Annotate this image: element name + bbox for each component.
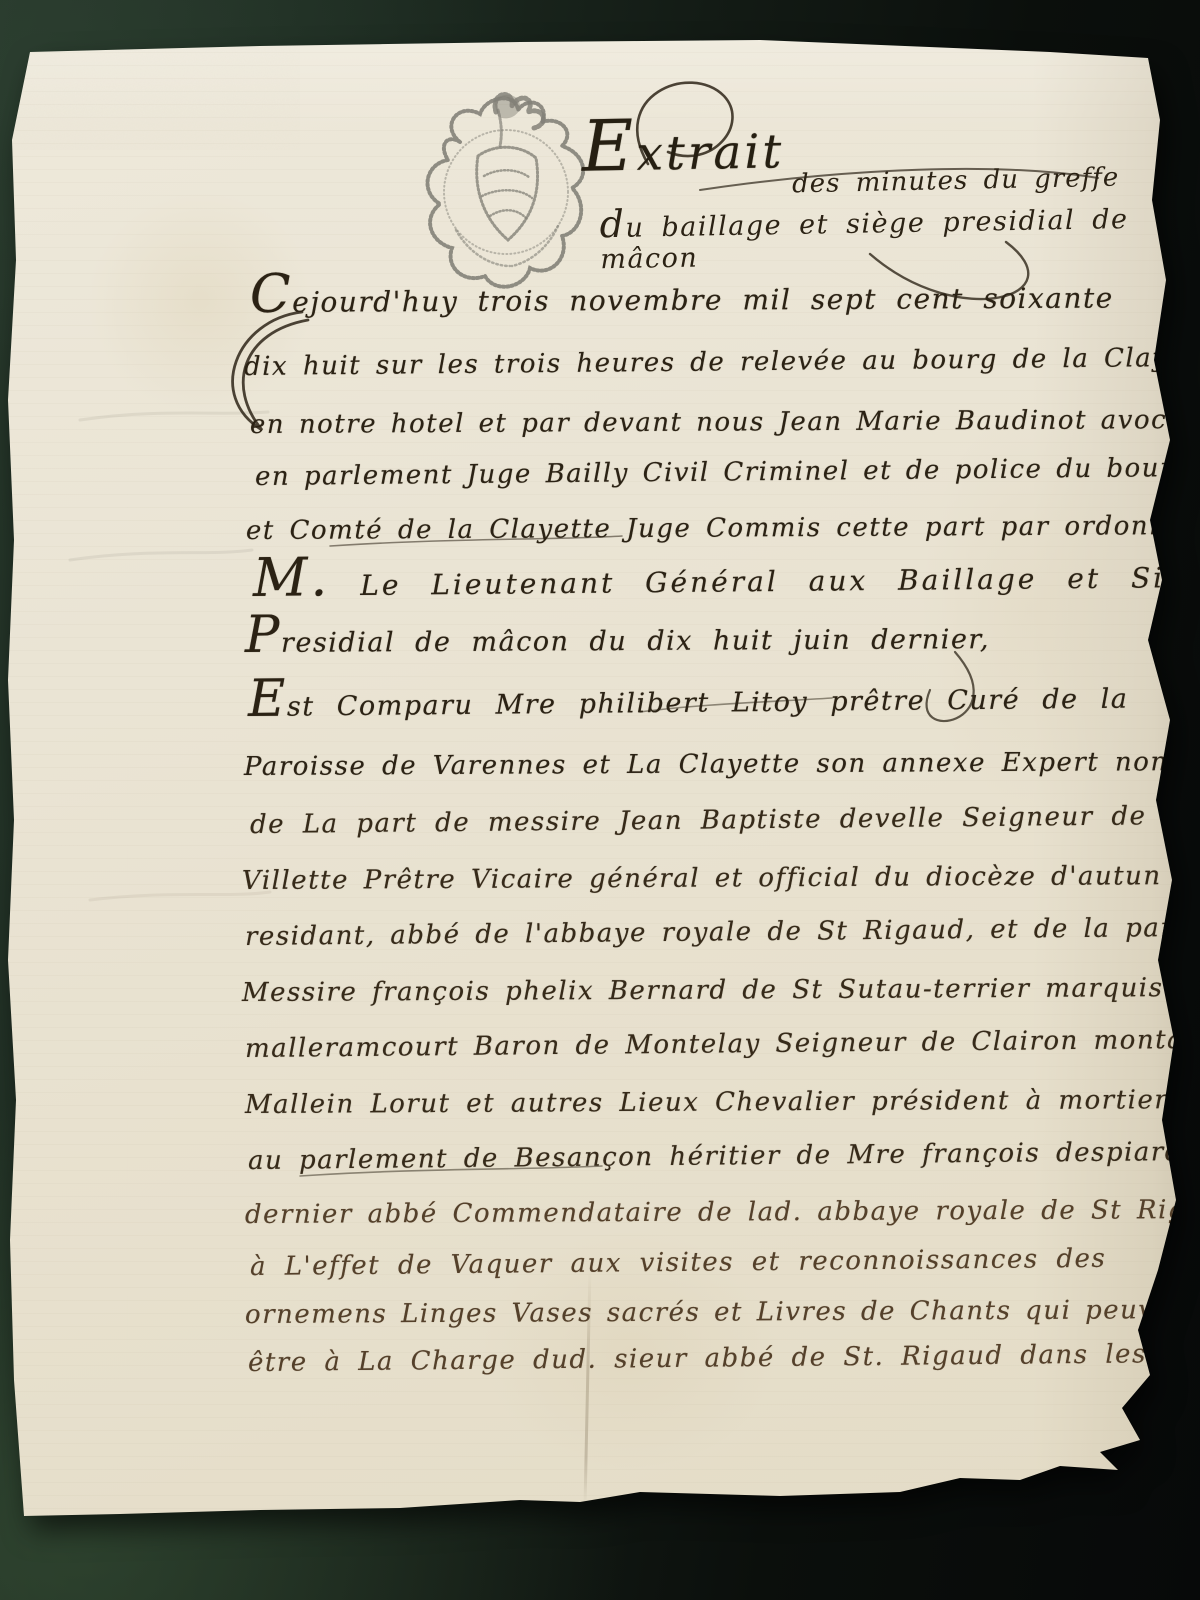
manuscript-line: Cejourd'huy trois novembre mil sept cent… — [250, 281, 1114, 319]
manuscript-line: en notre hotel et par devant nous Jean M… — [250, 405, 1196, 440]
paper-shadow: Extrait des minutes du greffe du baillag… — [0, 0, 1200, 1600]
manuscript-sheet: Extrait des minutes du greffe du baillag… — [0, 0, 1200, 1600]
manuscript-line: Messire françois phelix Bernard de St Su… — [242, 973, 1200, 1008]
manuscript-line: malleramcourt Baron de Montelay Seigneur… — [245, 1024, 1200, 1064]
photo-background: Extrait des minutes du greffe du baillag… — [0, 0, 1200, 1600]
manuscript-line: dernier abbé Commendataire de lad. abbay… — [245, 1195, 1200, 1230]
header-line1-rest: des minutes du greffe — [792, 163, 1120, 200]
manuscript-line: à L'effet de Vaquer aux visites et recon… — [250, 1244, 1107, 1282]
manuscript-line: être à La Charge dud. sieur abbé de St. … — [248, 1339, 1147, 1378]
manuscript-line: de La part de messire Jean Baptiste deve… — [250, 801, 1147, 840]
manuscript-line: dix huit sur les trois heures de relevée… — [244, 343, 1200, 382]
manuscript-line: M. Le Lieutenant Général aux Baillage et… — [253, 561, 1200, 603]
manuscript-line: residant, abbé de l'abbaye royale de St … — [245, 912, 1200, 952]
manuscript-line: et Comté de la Clayette Juge Commis cett… — [246, 511, 1200, 546]
manuscript-line: en parlement Juge Bailly Civil Criminel … — [255, 453, 1192, 492]
header-title-word: Extrait — [582, 124, 785, 183]
manuscript-line: ornemens Linges Vases sacrés et Livres d… — [245, 1295, 1200, 1330]
manuscript-line: Villette Prêtre Vicaire général et offic… — [242, 861, 1193, 896]
paper-grain — [0, 0, 300, 150]
manuscript-line: Paroisse de Varennes et La Clayette son … — [244, 747, 1200, 782]
manuscript-line: Est Comparu Mre philibert Litoy prêtre C… — [248, 684, 1129, 723]
manuscript-line: au parlement de Besançon héritier de Mre… — [248, 1137, 1183, 1176]
manuscript-line: Presidial de mâcon du dix huit juin dern… — [245, 624, 990, 659]
manuscript-line: Mallein Lorut et autres Lieux Chevalier … — [245, 1085, 1168, 1120]
header-line2: du baillage et siège presidial de mâcon — [600, 203, 1200, 275]
